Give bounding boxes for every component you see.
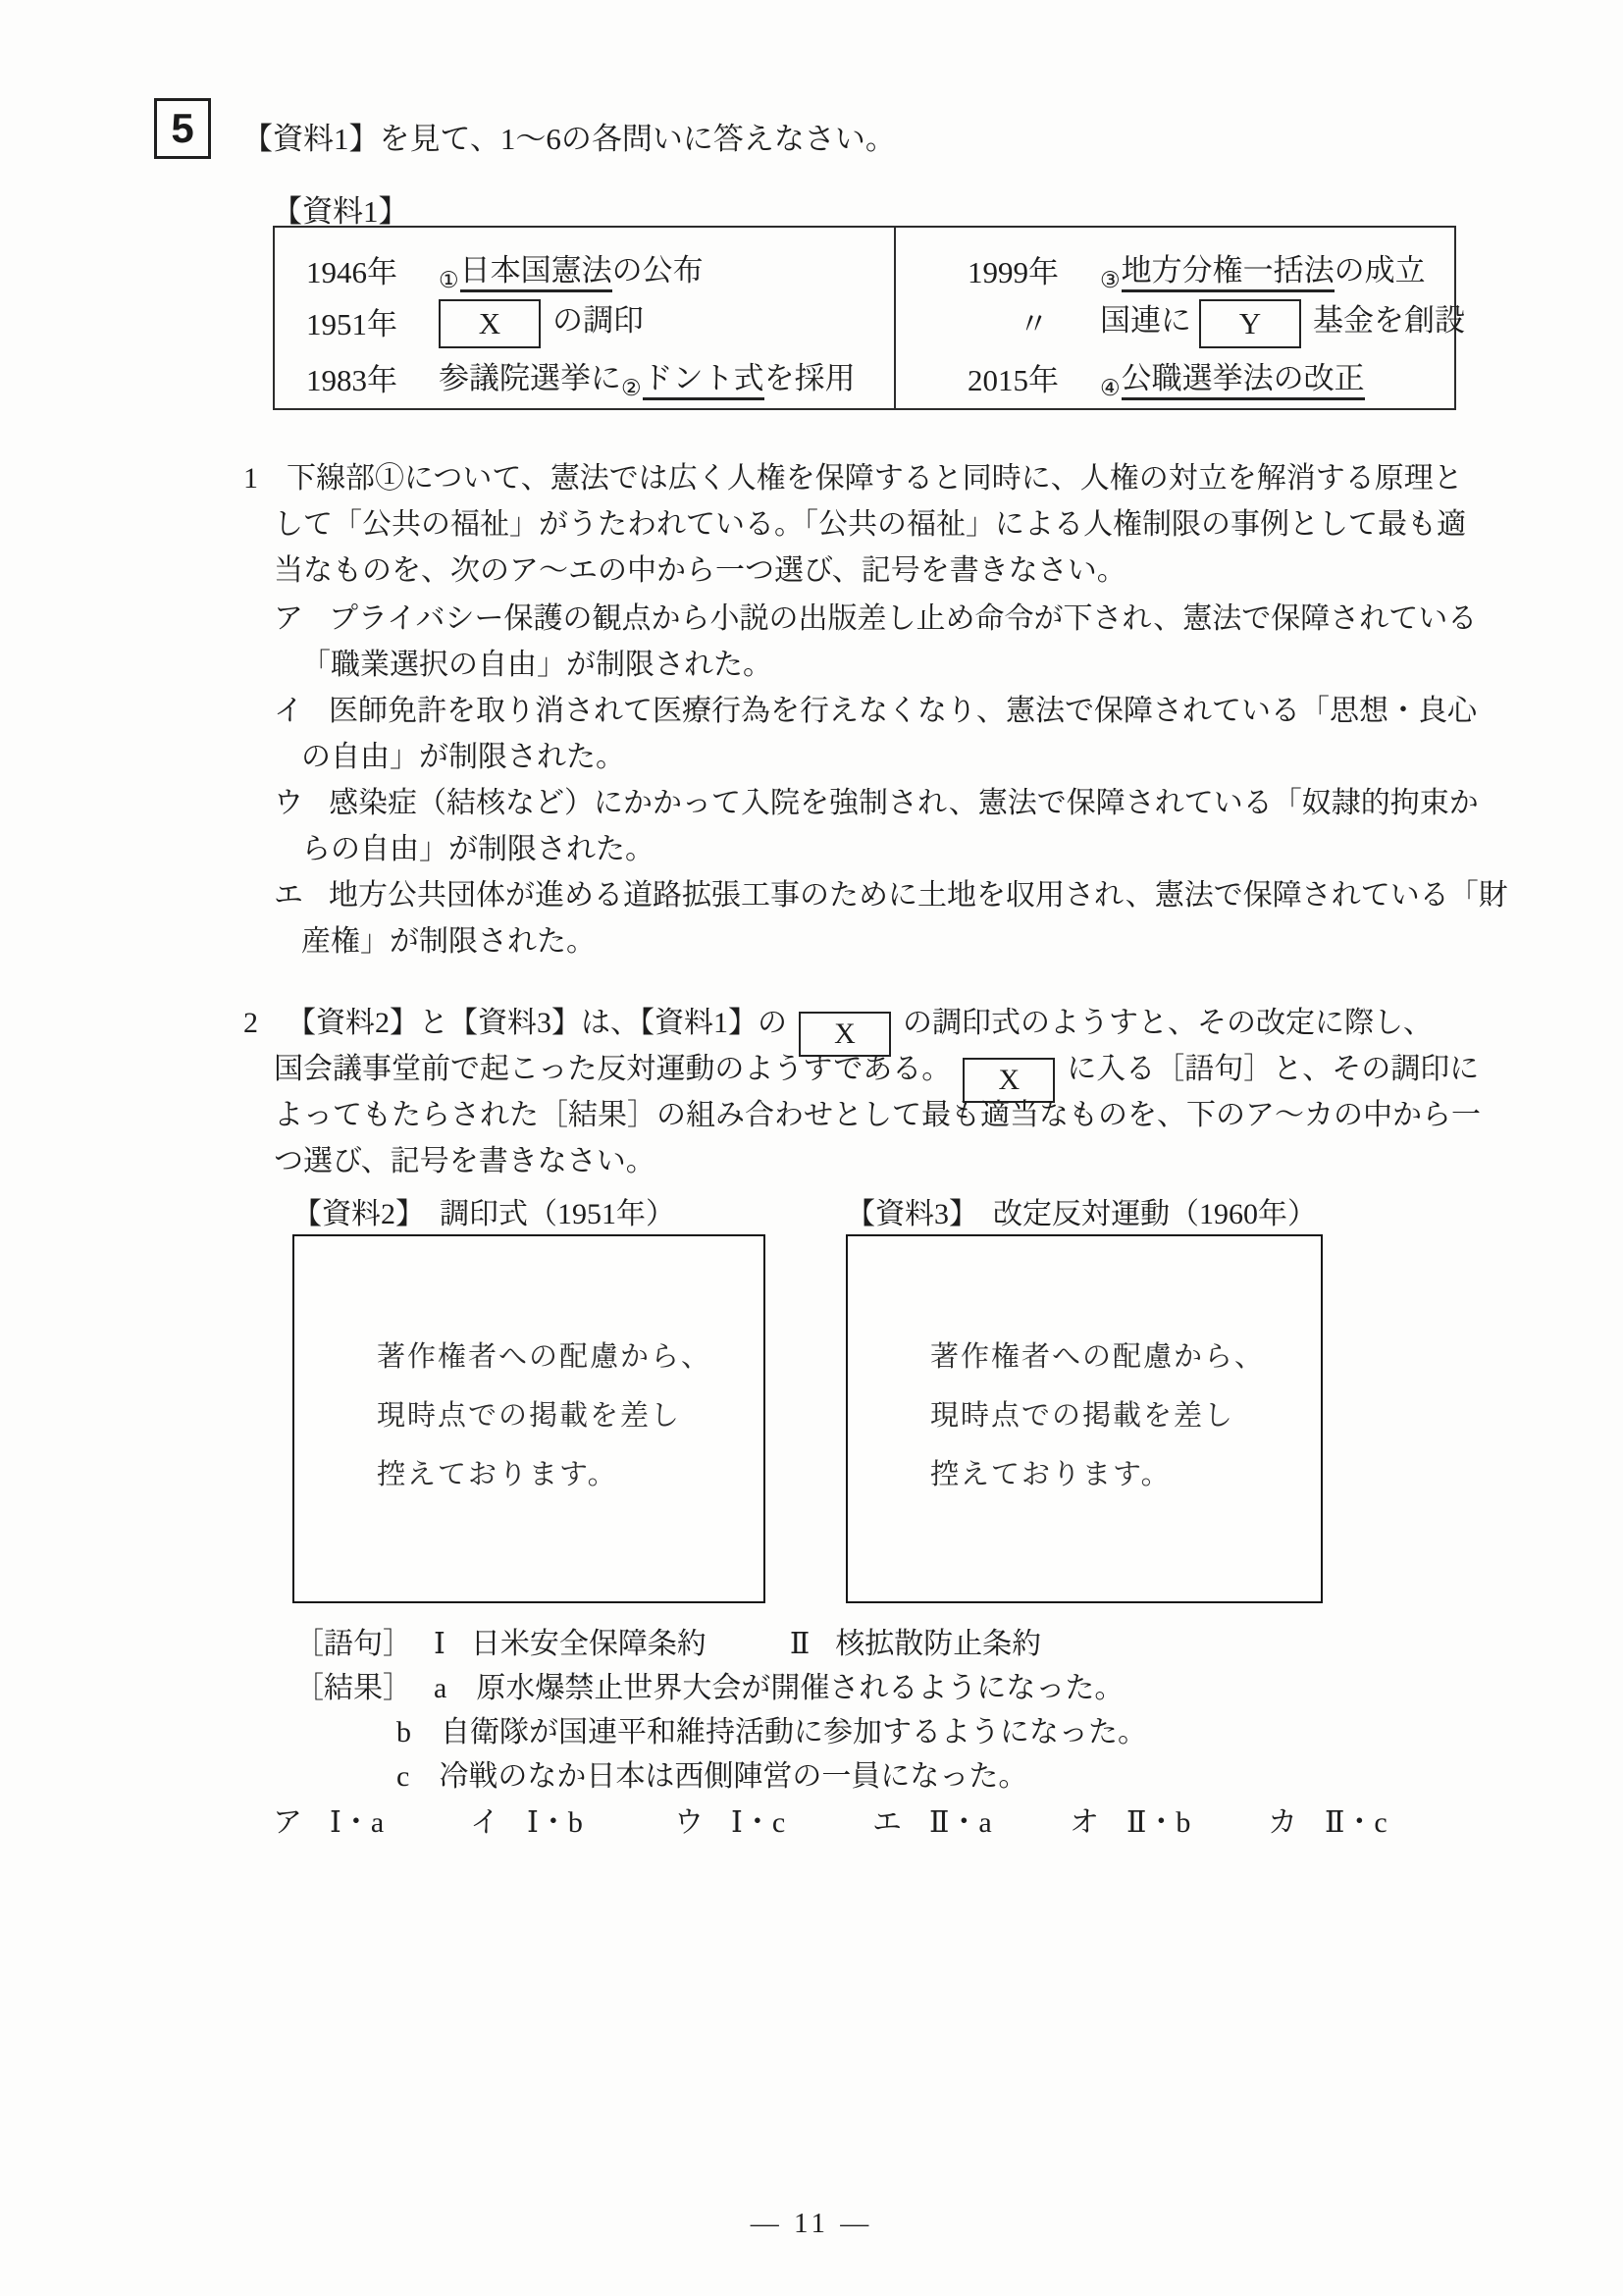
option-text: 感染症（結核など）にかかって入院を強制され、憲法で保障されている「奴隷的拘束か: [329, 787, 1479, 819]
q1-line: 1下線部①について、憲法では広く人権を保障すると同時に、人権の対立を解消する原理…: [243, 453, 1463, 496]
event-cell: ③地方分権一括法の成立: [1100, 245, 1426, 293]
term-numeral: Ⅰ: [434, 1627, 445, 1661]
circled-number: ①: [439, 268, 459, 292]
result-letter: c: [396, 1760, 409, 1794]
choice-a: アⅠ・a: [273, 1798, 384, 1841]
shiryo1-table: 1946年 ①日本国憲法の公布 1951年 Xの調印 1983年 参議院選挙に②…: [273, 226, 1456, 410]
event-text: 基金を創設: [1313, 303, 1465, 338]
option-text: プライバシー保護の観点から小説の出版差し止め命令が下され、憲法で保障されている: [329, 602, 1477, 635]
choice-value: Ⅰ・c: [731, 1806, 785, 1839]
q1-line: 当なものを、次のア～エの中から一つ選び、記号を書きなさい。: [274, 546, 1126, 589]
q2-text: 国会議事堂前で起こった反対運動のようすである。: [274, 1053, 951, 1085]
table-row: 1951年 Xの調印: [306, 295, 644, 348]
event-text: 参議院選挙に: [439, 361, 621, 395]
term-text: 核拡散防止条約: [835, 1628, 1041, 1660]
table-row: 〃 国連にY基金を創設: [968, 295, 1465, 348]
choice-value: Ⅰ・b: [527, 1806, 583, 1839]
result-text: 自衛隊が国連平和維持活動に参加するようになった。: [441, 1716, 1147, 1748]
q2-number: 2: [243, 1007, 258, 1040]
ditto-mark: 〃: [968, 299, 1100, 343]
underlined-term: 日本国憲法: [460, 253, 612, 292]
event-cell: ①日本国憲法の公布: [439, 245, 704, 293]
choice-letter: カ: [1268, 1798, 1297, 1841]
event-text: の成立: [1335, 253, 1426, 287]
option-letter: イ: [274, 686, 303, 729]
event-text: の公布: [612, 253, 704, 287]
shiryo3-caption: 【資料3】 改定反対運動（1960年）: [846, 1189, 1317, 1232]
circled-number: ②: [621, 376, 642, 400]
underlined-term: 地方分権一括法: [1122, 253, 1335, 292]
event-text: の調印: [552, 303, 644, 338]
exam-page: 5 【資料1】を見て、1～6の各問いに答えなさい。 【資料1】 1946年 ①日…: [0, 0, 1623, 2296]
result-letter: a: [434, 1672, 446, 1705]
year-cell: 1999年: [968, 247, 1100, 291]
placeholder-text: 控えております。: [377, 1452, 618, 1492]
underlined-term: 公職選挙法の改正: [1122, 361, 1365, 400]
event-text: を採用: [764, 361, 856, 395]
choice-letter: ア: [273, 1798, 302, 1841]
q1-option-u: ウ感染症（結核など）にかかって入院を強制され、憲法で保障されている「奴隷的拘束か: [274, 778, 1479, 821]
shiryo2-image-placeholder: 著作権者への配慮から、 現時点での掲載を差し 控えております。: [292, 1234, 765, 1603]
q2-text: の調印式のようすと、その改定に際し、: [903, 1007, 1433, 1039]
choice-letter: イ: [470, 1798, 499, 1841]
circled-number: ③: [1100, 268, 1121, 292]
year-cell: 2015年: [968, 355, 1100, 399]
term-numeral: Ⅱ: [790, 1627, 810, 1661]
choice-u: ウⅠ・c: [674, 1798, 785, 1841]
section-number-box: 5: [154, 98, 211, 159]
table-row: 1946年 ①日本国憲法の公布: [306, 245, 704, 293]
q1-option-e-cont: 産権」が制限された。: [301, 916, 596, 960]
option-text: 医師免許を取り消されて医療行為を行えなくなり、憲法で保障されている「思想・良心: [329, 695, 1477, 727]
option-text: 地方公共団体が進める道路拡張工事のために土地を収用され、憲法で保障されている「財: [329, 879, 1508, 912]
results-row: ［結果］a原水爆禁止世界大会が開催されるようになった。: [294, 1663, 1124, 1706]
blank-y-box: Y: [1199, 299, 1301, 348]
shiryo1-label: 【資料1】: [272, 186, 409, 231]
event-cell: ④公職選挙法の改正: [1100, 353, 1365, 401]
shiryo3-image-placeholder: 著作権者への配慮から、 現時点での掲載を差し 控えております。: [846, 1234, 1323, 1603]
event-cell: Xの調印: [439, 295, 644, 348]
choice-ka: カⅡ・c: [1268, 1798, 1387, 1841]
q1-option-i-cont: の自由」が制限された。: [301, 732, 625, 775]
underlined-term: ドント式: [643, 361, 764, 400]
choice-letter: エ: [872, 1798, 902, 1841]
event-cell: 参議院選挙に②ドント式を採用: [439, 353, 856, 401]
page-number: — 11 —: [0, 2208, 1623, 2240]
choice-letter: ウ: [674, 1798, 704, 1841]
table-row: 2015年 ④公職選挙法の改正: [968, 353, 1365, 401]
terms-label: ［語句］: [294, 1619, 412, 1662]
choice-value: Ⅱ・a: [929, 1806, 992, 1839]
q1-option-a-cont: 「職業選択の自由」が制限された。: [301, 640, 772, 683]
event-cell: 国連にY基金を創設: [1100, 295, 1465, 348]
blank-x-box: X: [439, 299, 541, 348]
year-cell: 1983年: [306, 355, 439, 399]
option-letter: ア: [274, 594, 303, 637]
q2-text: に入る［語句］と、その調印に: [1067, 1053, 1479, 1085]
results-row: c冷戦のなか日本は西側陣営の一員になった。: [396, 1751, 1027, 1795]
choice-value: Ⅰ・a: [330, 1806, 384, 1839]
option-letter: エ: [274, 870, 303, 913]
table-column-divider: [894, 228, 896, 408]
placeholder-text: 現時点での掲載を差し: [377, 1393, 681, 1434]
results-label: ［結果］: [294, 1663, 412, 1706]
placeholder-text: 著作権者への配慮から、: [930, 1334, 1265, 1375]
table-row: 1983年 参議院選挙に②ドント式を採用: [306, 353, 856, 401]
year-cell: 1946年: [306, 247, 439, 291]
event-text: 国連に: [1100, 303, 1191, 338]
result-letter: b: [396, 1716, 411, 1749]
table-row: 1999年 ③地方分権一括法の成立: [968, 245, 1426, 293]
result-text: 原水爆禁止世界大会が開催されるようになった。: [476, 1672, 1124, 1704]
q2-line3: よってもたらされた［結果］の組み合わせとして最も適当なものを、下のア～カの中から…: [274, 1090, 1481, 1133]
option-letter: ウ: [274, 778, 303, 821]
q1-option-e: エ地方公共団体が進める道路拡張工事のために土地を収用され、憲法で保障されている「…: [274, 870, 1508, 913]
placeholder-text: 現時点での掲載を差し: [930, 1393, 1234, 1434]
year-cell: 1951年: [306, 299, 439, 343]
q2-line4: つ選び、記号を書きなさい。: [274, 1136, 655, 1179]
choice-o: オⅡ・b: [1070, 1798, 1190, 1841]
q1-number: 1: [243, 462, 258, 496]
q1-option-u-cont: らの自由」が制限された。: [301, 824, 654, 867]
section-instruction: 【資料1】を見て、1～6の各問いに答えなさい。: [242, 114, 896, 158]
results-row: b自衛隊が国連平和維持活動に参加するようになった。: [396, 1707, 1147, 1750]
q2-text: 【資料2】と【資料3】は、【資料1】の: [287, 1007, 787, 1039]
term-text: 日米安全保障条約: [471, 1628, 707, 1660]
choice-e: エⅡ・a: [872, 1798, 992, 1841]
terms-row: ［語句］Ⅰ日米安全保障条約Ⅱ核拡散防止条約: [294, 1619, 1041, 1662]
choice-value: Ⅱ・b: [1126, 1806, 1190, 1839]
q1-line: して「公共の福祉」がうたわれている。「公共の福祉」による人権制限の事例として最も…: [274, 499, 1466, 543]
shiryo2-caption: 【資料2】 調印式（1951年）: [292, 1189, 675, 1232]
placeholder-text: 著作権者への配慮から、: [377, 1334, 711, 1375]
placeholder-text: 控えております。: [930, 1452, 1172, 1492]
result-text: 冷戦のなか日本は西側陣営の一員になった。: [439, 1760, 1027, 1793]
choice-value: Ⅱ・c: [1325, 1806, 1387, 1839]
q1-text: 下線部①について、憲法では広く人権を保障すると同時に、人権の対立を解消する原理と: [287, 462, 1463, 495]
choice-i: イⅠ・b: [470, 1798, 583, 1841]
q1-option-a: アプライバシー保護の観点から小説の出版差し止め命令が下され、憲法で保障されている: [274, 594, 1477, 637]
q1-option-i: イ医師免許を取り消されて医療行為を行えなくなり、憲法で保障されている「思想・良心: [274, 686, 1477, 729]
circled-number: ④: [1100, 376, 1121, 400]
choice-letter: オ: [1070, 1798, 1099, 1841]
